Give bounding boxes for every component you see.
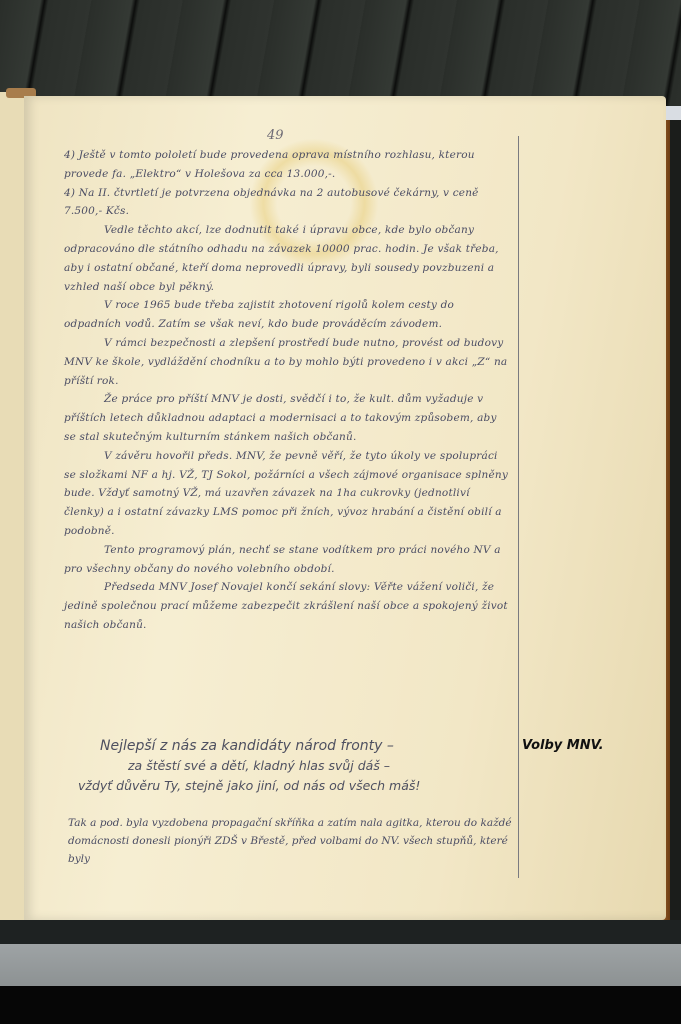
- paragraph: 4) Na II. čtvrtletí je potvrzena objedná…: [64, 184, 512, 222]
- paragraph: V roce 1965 bude třeba zajistit zhotoven…: [64, 296, 512, 334]
- paragraph: Že práce pro příští MNV je dosti, svědčí…: [64, 390, 512, 446]
- paragraph: Předseda MNV Josef Novajel končí sekání …: [64, 578, 512, 634]
- slogan-line: za štěstí své a dětí, kladný hlas svůj d…: [64, 756, 534, 776]
- paragraph: Tento programový plán, nechť se stane vo…: [64, 541, 512, 579]
- left-page-edge: [0, 92, 25, 922]
- margin-heading: Volby MNV.: [522, 738, 604, 753]
- slogan-line: vždyť důvěru Ty, stejně jako jiní, od ná…: [64, 776, 534, 796]
- handwritten-text: 4) Ještě v tomto pololetí bude provedena…: [64, 146, 512, 635]
- chronicle-page: 49 4) Ještě v tomto pololetí bude proved…: [24, 96, 666, 920]
- paragraph: V rámci bezpečnosti a zlepšení prostředí…: [64, 334, 512, 390]
- floor-shadow: [0, 986, 681, 1024]
- closing-paragraph: Tak a pod. byla vyzdobena propagační skř…: [68, 814, 516, 868]
- paragraph: V závěru hovořil předs. MNV, že pevně vě…: [64, 447, 512, 541]
- display-shelf: [0, 944, 681, 988]
- page-number: 49: [267, 128, 284, 143]
- paragraph: 4) Ještě v tomto pololetí bude provedena…: [64, 146, 512, 184]
- slogan-line: Nejlepší z nás za kandidáty národ fronty…: [64, 736, 534, 756]
- election-slogan: Nejlepší z nás za kandidáty národ fronty…: [64, 736, 534, 796]
- paragraph: Vedle těchto akcí, lze dodnutit také i ú…: [64, 221, 512, 296]
